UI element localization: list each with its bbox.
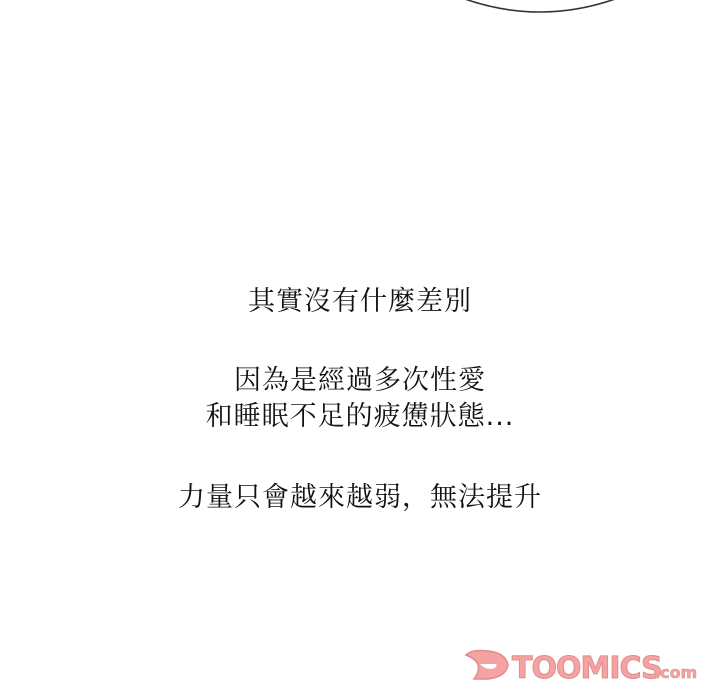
caption-line: 因為是經過多次性愛 — [0, 363, 720, 399]
watermark-suffix: .com — [654, 663, 697, 682]
watermark-text: TOOMICS — [512, 651, 662, 685]
caption-group-1: 其實沒有什麼差別 — [0, 284, 720, 320]
caption-line: 和睡眠不足的疲憊狀態... — [0, 399, 720, 435]
caption-group-3: 力量只會越來越弱，無法提升 — [0, 480, 720, 516]
speech-bubble-edge-arc — [0, 0, 720, 30]
caption-group-2: 因為是經過多次性愛 和睡眠不足的疲憊狀態... — [0, 363, 720, 435]
caption-line: 力量只會越來越弱，無法提升 — [0, 480, 720, 516]
toomics-logo-icon: TOOMICS .com — [462, 645, 712, 685]
caption-line: 其實沒有什麼差別 — [0, 284, 720, 320]
